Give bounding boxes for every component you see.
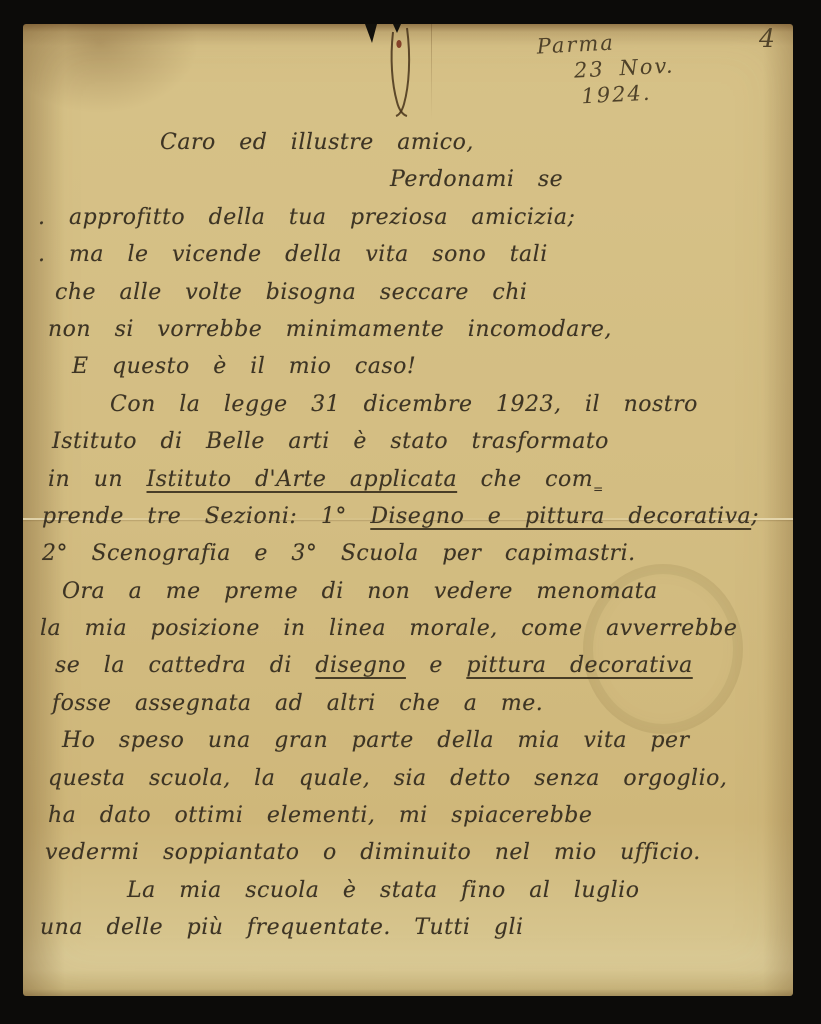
letter-line: . ma le vicende della vita sono tali [38,236,785,273]
letter-paper: 4 Parma 23 Nov. 1924. Caro ed illustre a… [23,24,793,996]
year-text: 1924. [581,78,677,109]
letter-line: Istituto di Belle arti è stato trasforma… [52,423,785,460]
letter-line: 2° Scenografia e 3° Scuola per capimastr… [42,535,785,572]
letter-line: la mia posizione in linea morale, come a… [40,610,785,647]
line-segment: ; [751,504,759,529]
letter-line: La mia scuola è stata fino al luglio [127,872,785,909]
letter-line: se la cattedra di disegno e pittura deco… [55,647,785,684]
line-segment: prende tre Sezioni: 1° [42,504,370,529]
letter-body: Caro ed illustre amico, Perdonami se . a… [33,124,785,947]
salutation-line: Caro ed illustre amico, [160,124,785,161]
line-segment: in un [48,467,147,492]
underlined-phrase: pittura decorativa [466,653,692,678]
letter-line: in un Istituto d'Arte applicata che com= [48,461,785,498]
underlined-phrase: Istituto d'Arte applicata [147,467,458,492]
date-text: 23 Nov. [573,52,675,83]
underlined-phrase: Disegno e pittura decorativa [370,504,751,529]
letter-line: che alle volte bisogna seccare chi [55,274,785,311]
letter-line: Perdonami se [390,161,785,198]
underlined-phrase: disegno [315,653,405,678]
letter-line: prende tre Sezioni: 1° Disegno e pittura… [42,498,785,535]
vertical-crease [431,24,432,120]
letter-line: questa scuola, la quale, sia detto senza… [48,760,785,797]
date-block: Parma 23 Nov. 1924. [536,26,676,111]
letter-line: ha dato ottimi elementi, mi spiacerebbe [48,797,785,834]
line-segment: e [406,653,467,678]
line-segment: se la cattedra di [55,653,315,678]
scan-background: { "header": { "page_number": "4", "place… [0,0,821,1024]
letter-line: . approfitto della tua preziosa amicizia… [38,199,785,236]
letter-line: Con la legge 31 dicembre 1923, il nostro [110,386,785,423]
line-segment: che com [457,467,593,492]
letter-line: Ora a me preme di non vedere menomata [62,573,785,610]
hyphenation-mark: = [593,482,603,496]
letter-line: vedermi soppiantato o diminuito nel mio … [45,834,785,871]
page-number: 4 [759,24,776,53]
letter-line: una delle più frequentate. Tutti gli [40,909,785,946]
pin-tear-icon [363,24,423,124]
letter-line: E questo è il mio caso! [72,348,785,385]
letter-line: Ho speso una gran parte della mia vita p… [62,722,785,759]
letter-line: non si vorrebbe minimamente incomodare, [48,311,785,348]
letter-line: fosse assegnata ad altri che a me. [52,685,785,722]
